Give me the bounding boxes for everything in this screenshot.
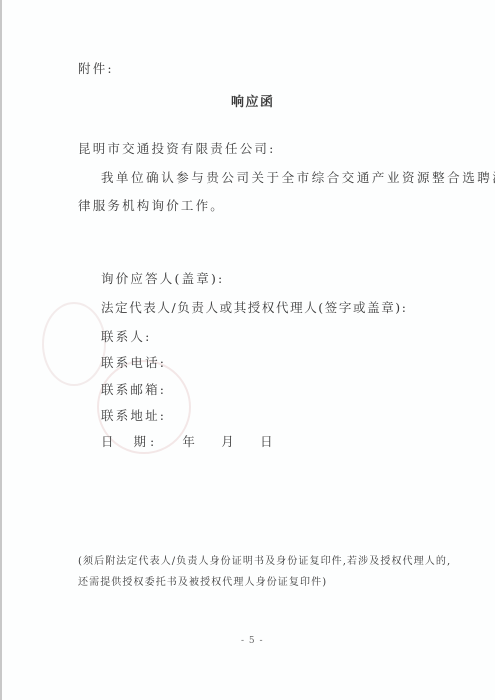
date-year: 年: [182, 436, 197, 449]
field-contact-address: 联系地址:: [101, 410, 166, 423]
addressee: 昆明市交通投资有限责任公司:: [78, 143, 276, 156]
faint-seal-stamp: [42, 302, 106, 386]
field-date: 日 期: 年 月 日: [101, 436, 275, 449]
note-line-2: 还需提供授权委托书及被授权代理人身份证复印件): [78, 578, 327, 588]
field-contact-phone: 联系电话:: [101, 357, 166, 370]
field-contact-email: 联系邮箱:: [101, 384, 166, 397]
date-label: 日 期:: [101, 436, 158, 449]
page-number: - 5 -: [241, 637, 264, 646]
date-day: 日: [260, 436, 275, 449]
field-respondent: 询价应答人(盖章):: [101, 273, 224, 286]
body-text-line-1: 我单位确认参与贵公司关于全市综合交通产业资源整合选聘法: [101, 172, 495, 185]
document-page: 附件: 响应函 昆明市交通投资有限责任公司: 我单位确认参与贵公司关于全市综合交…: [0, 0, 495, 700]
note-line-1: (须后附法定代表人/负责人身份证明书及身份证复印件,若涉及授权代理人的,: [78, 557, 451, 567]
field-legal-representative: 法定代表人/负责人或其授权代理人(签字或盖章):: [101, 302, 408, 315]
body-text-line-2: 律服务机构询价工作。: [78, 200, 225, 213]
document-title: 响应函: [231, 96, 275, 109]
attachment-label: 附件:: [78, 63, 114, 76]
field-contact-person: 联系人:: [101, 331, 152, 344]
date-month: 月: [221, 436, 236, 449]
